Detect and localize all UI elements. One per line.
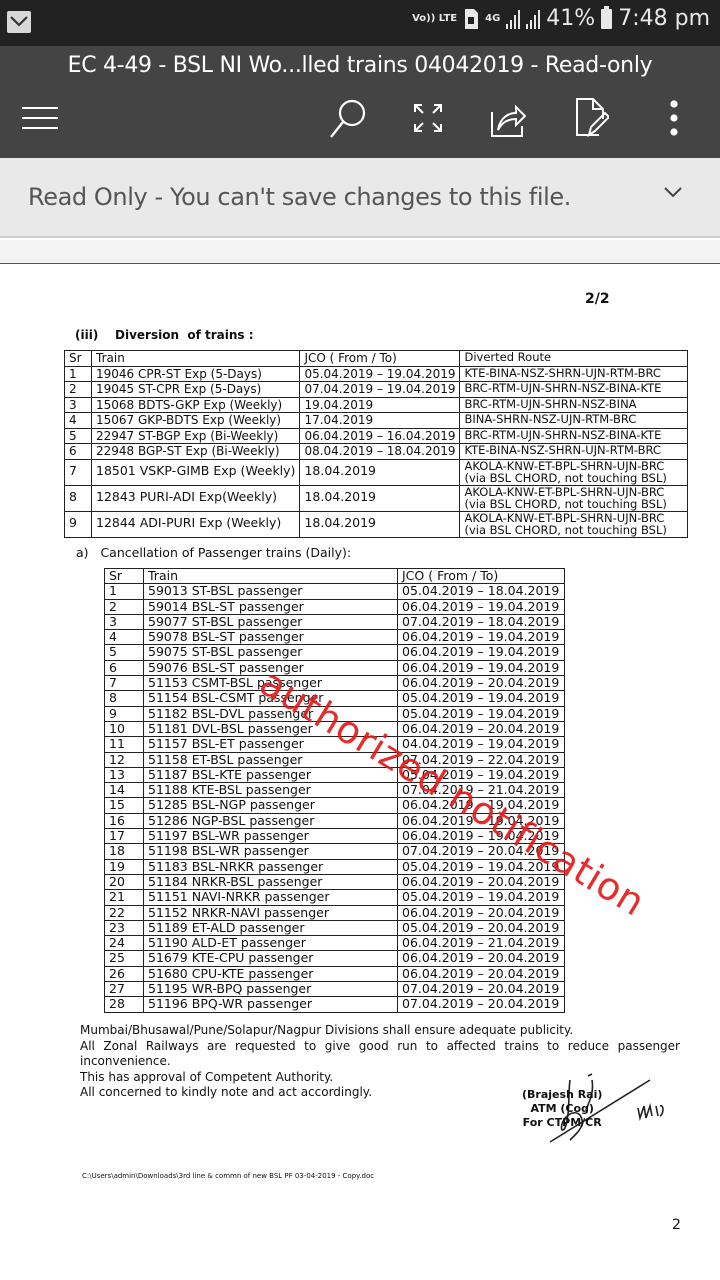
battery-percent: 41% bbox=[546, 6, 595, 31]
header-route: Diverted Route bbox=[460, 351, 688, 367]
cell-train: 51182 BSL-DVL passenger bbox=[144, 706, 398, 721]
cell-train: 51190 ALD-ET passenger bbox=[144, 936, 398, 951]
page-indicator: 2/2 bbox=[585, 291, 610, 307]
cell-jco: 06.04.2019 – 19.04.2019 bbox=[398, 599, 565, 614]
cell-route: BINA-SHRN-NSZ-UJN-RTM-BRC bbox=[460, 413, 688, 429]
diversion-row: 912844 ADI-PURI Exp (Weekly)18.04.2019AK… bbox=[65, 511, 688, 537]
cell-route: KTE-BINA-NSZ-SHRN-UJN-RTM-BRC bbox=[460, 444, 688, 460]
volte-icon: Vo)) LTE bbox=[412, 14, 457, 24]
cancellation-row: 1351187 BSL-KTE passenger05.04.2019 – 19… bbox=[105, 767, 565, 782]
cell-jco: 05.04.2019 – 20.04.2019 bbox=[398, 920, 565, 935]
menu-icon[interactable] bbox=[18, 96, 62, 140]
header-sr: Sr bbox=[65, 351, 92, 367]
cancellation-row: 851154 BSL-CSMT passenger05.04.2019 – 19… bbox=[105, 691, 565, 706]
readonly-banner[interactable]: Read Only - You can't save changes to th… bbox=[0, 158, 720, 238]
cell-train: 18501 VSKP-GIMB Exp (Weekly) bbox=[92, 459, 300, 485]
cell-jco: 06.04.2019 – 20.04.2019 bbox=[398, 721, 565, 736]
cancellation-header-row: Sr Train JCO ( From / To) bbox=[105, 569, 565, 584]
diversion-header-row: Sr Train JCO ( From / To) Diverted Route bbox=[65, 351, 688, 367]
cancellation-row: 259014 BSL-ST passenger06.04.2019 – 19.0… bbox=[105, 599, 565, 614]
diversion-table: Sr Train JCO ( From / To) Diverted Route… bbox=[64, 350, 688, 538]
header-jco: JCO ( From / To) bbox=[398, 569, 565, 584]
cell-jco: 19.04.2019 bbox=[300, 397, 460, 413]
route-note: (via BSL CHORD, not touching BSL) bbox=[464, 498, 683, 511]
cancellation-row: 2451190 ALD-ET passenger06.04.2019 – 21.… bbox=[105, 936, 565, 951]
footer-line-2: All Zonal Railways are requested to give… bbox=[80, 1039, 680, 1055]
cell-jco: 06.04.2019 – 16.04.2019 bbox=[300, 428, 460, 444]
cancellation-row: 159013 ST-BSL passenger05.04.2019 – 18.0… bbox=[105, 584, 565, 599]
cell-train: 51187 BSL-KTE passenger bbox=[144, 767, 398, 782]
cancellation-row: 1851198 BSL-WR passenger07.04.2019 – 20.… bbox=[105, 844, 565, 859]
route-line: BRC-RTM-UJN-SHRN-NSZ-BINA bbox=[464, 398, 683, 411]
cell-train: 59075 ST-BSL passenger bbox=[144, 645, 398, 660]
cancellation-row: 2051184 NRKR-BSL passenger06.04.2019 – 2… bbox=[105, 874, 565, 889]
app-bar: EC 4-49 - BSL NI Wo...lled trains 040420… bbox=[0, 46, 720, 158]
signal-icon bbox=[506, 9, 520, 29]
cell-jco: 05.04.2019 – 18.04.2019 bbox=[398, 584, 565, 599]
sim-icon bbox=[463, 8, 479, 30]
cell-train: 51153 CSMT-BSL passenger bbox=[144, 676, 398, 691]
cell-jco: 07.04.2019 – 20.04.2019 bbox=[398, 844, 565, 859]
signal-icon-2 bbox=[526, 9, 540, 29]
cell-sr: 23 bbox=[105, 920, 144, 935]
cancellation-table: Sr Train JCO ( From / To) 159013 ST-BSL … bbox=[104, 568, 565, 1013]
cell-jco: 06.04.2019 – 20.04.2019 bbox=[398, 951, 565, 966]
header-train: Train bbox=[144, 569, 398, 584]
cell-sr: 10 bbox=[105, 721, 144, 736]
cancellation-row: 2251152 NRKR-NAVI passenger06.04.2019 – … bbox=[105, 905, 565, 920]
cell-sr: 26 bbox=[105, 966, 144, 981]
cell-train: 15068 BDTS-GKP Exp (Weekly) bbox=[92, 397, 300, 413]
cell-jco: 05.04.2019 – 19.04.2019 bbox=[398, 890, 565, 905]
more-icon[interactable] bbox=[652, 96, 696, 140]
cell-sr: 3 bbox=[65, 397, 92, 413]
cell-train: 51183 BSL-NRKR passenger bbox=[144, 859, 398, 874]
cell-sr: 7 bbox=[105, 676, 144, 691]
cell-train: 59076 BSL-ST passenger bbox=[144, 660, 398, 675]
cell-jco: 06.04.2019 – 19.04.2019 bbox=[398, 630, 565, 645]
cancellation-row: 359077 ST-BSL passenger07.04.2019 – 18.0… bbox=[105, 614, 565, 629]
cell-train: 22948 BGP-ST Exp (Bi-Weekly) bbox=[92, 444, 300, 460]
cell-jco: 05.04.2019 – 19.04.2019 bbox=[398, 767, 565, 782]
cell-sr: 8 bbox=[105, 691, 144, 706]
cell-jco: 06.04.2019 – 19.04.2019 bbox=[398, 798, 565, 813]
network-type: 4G bbox=[485, 14, 500, 24]
cancellation-row: 1051181 DVL-BSL passenger06.04.2019 – 20… bbox=[105, 721, 565, 736]
chevron-down-icon[interactable] bbox=[664, 186, 682, 198]
network-label: Vo)) LTE bbox=[412, 13, 457, 24]
cell-sr: 21 bbox=[105, 890, 144, 905]
cell-sr: 18 bbox=[105, 844, 144, 859]
diversion-row: 219045 ST-CPR Exp (5-Days)07.04.2019 – 1… bbox=[65, 382, 688, 398]
cell-sr: 1 bbox=[65, 366, 92, 382]
signature-block: (Brajesh Rai) ATM (Cog) For CTPM/CR bbox=[522, 1088, 602, 1130]
cell-sr: 4 bbox=[105, 630, 144, 645]
cell-jco: 07.04.2019 – 18.04.2019 bbox=[398, 614, 565, 629]
cell-train: 51181 DVL-BSL passenger bbox=[144, 721, 398, 736]
cell-jco: 06.04.2019 – 20.04.2019 bbox=[398, 874, 565, 889]
route-line: BINA-SHRN-NSZ-UJN-RTM-BRC bbox=[464, 413, 683, 426]
cancellation-row: 1651286 NGP-BSL passenger06.04.2019 – 19… bbox=[105, 813, 565, 828]
cell-train: 12843 PURI-ADI Exp(Weekly) bbox=[92, 485, 300, 511]
cell-sr: 13 bbox=[105, 767, 144, 782]
cell-train: 51198 BSL-WR passenger bbox=[144, 844, 398, 859]
cancellation-row: 1951183 BSL-NRKR passenger05.04.2019 – 1… bbox=[105, 859, 565, 874]
diversion-row: 812843 PURI-ADI Exp(Weekly)18.04.2019AKO… bbox=[65, 485, 688, 511]
cell-jco: 05.04.2019 – 19.04.2019 bbox=[300, 366, 460, 382]
cancellation-row: 659076 BSL-ST passenger06.04.2019 – 19.0… bbox=[105, 660, 565, 675]
signatory-name: (Brajesh Rai) bbox=[522, 1088, 602, 1102]
diversion-row: 415067 GKP-BDTS Exp (Weekly)17.04.2019BI… bbox=[65, 413, 688, 429]
cell-sr: 5 bbox=[65, 428, 92, 444]
cell-train: 51196 BPQ-WR passenger bbox=[144, 997, 398, 1012]
cell-jco: 06.04.2019 – 20.04.2019 bbox=[398, 905, 565, 920]
cell-sr: 8 bbox=[65, 485, 92, 511]
fullscreen-icon[interactable] bbox=[406, 96, 450, 140]
cell-sr: 17 bbox=[105, 829, 144, 844]
cell-route: BRC-RTM-UJN-SHRN-NSZ-BINA-KTE bbox=[460, 428, 688, 444]
signatory-designation: ATM (Cog) bbox=[522, 1102, 602, 1116]
route-note: (via BSL CHORD, not touching BSL) bbox=[464, 524, 683, 537]
cell-sr: 3 bbox=[105, 614, 144, 629]
cell-jco: 07.04.2019 – 20.04.2019 bbox=[398, 982, 565, 997]
cancellation-row: 751153 CSMT-BSL passenger06.04.2019 – 20… bbox=[105, 676, 565, 691]
cell-train: 59078 BSL-ST passenger bbox=[144, 630, 398, 645]
cancellation-row: 2351189 ET-ALD passenger05.04.2019 – 20.… bbox=[105, 920, 565, 935]
cell-jco: 17.04.2019 bbox=[300, 413, 460, 429]
document-page: 2/2 (iii) Diversion of trains : Sr Train… bbox=[0, 265, 720, 1280]
cancellation-row: 1451188 KTE-BSL passenger07.04.2019 – 21… bbox=[105, 783, 565, 798]
cell-jco: 18.04.2019 bbox=[300, 459, 460, 485]
cell-train: 22947 ST-BGP Exp (Bi-Weekly) bbox=[92, 428, 300, 444]
cell-route: BRC-RTM-UJN-SHRN-NSZ-BINA bbox=[460, 397, 688, 413]
cell-jco: 07.04.2019 – 20.04.2019 bbox=[398, 997, 565, 1012]
cell-train: 51189 ET-ALD passenger bbox=[144, 920, 398, 935]
cell-jco: 08.04.2019 – 18.04.2019 bbox=[300, 444, 460, 460]
cell-train: 51157 BSL-ET passenger bbox=[144, 737, 398, 752]
cell-jco: 18.04.2019 bbox=[300, 511, 460, 537]
cell-sr: 12 bbox=[105, 752, 144, 767]
clock: 7:48 pm bbox=[618, 6, 710, 31]
cell-train: 51188 KTE-BSL passenger bbox=[144, 783, 398, 798]
cancellation-row: 559075 ST-BSL passenger06.04.2019 – 19.0… bbox=[105, 645, 565, 660]
cancellation-title: a) Cancellation of Passenger trains (Dai… bbox=[76, 545, 351, 560]
diversion-row: 718501 VSKP-GIMB Exp (Weekly)18.04.2019A… bbox=[65, 459, 688, 485]
cell-jco: 07.04.2019 – 22.04.2019 bbox=[398, 752, 565, 767]
cell-sr: 1 bbox=[105, 584, 144, 599]
cell-jco: 06.04.2019 – 20.04.2019 bbox=[398, 676, 565, 691]
status-bar: Vo)) LTE 4G 41% 7:48 pm bbox=[0, 0, 720, 46]
cell-sr: 9 bbox=[65, 511, 92, 537]
cell-train: 51151 NAVI-NRKR passenger bbox=[144, 890, 398, 905]
cancellation-row: 2851196 BPQ-WR passenger07.04.2019 – 20.… bbox=[105, 997, 565, 1012]
cell-sr: 19 bbox=[105, 859, 144, 874]
cell-sr: 2 bbox=[105, 599, 144, 614]
signatory-for: For CTPM/CR bbox=[522, 1116, 602, 1130]
header-jco: JCO ( From / To) bbox=[300, 351, 460, 367]
cell-sr: 7 bbox=[65, 459, 92, 485]
cancellation-row: 951182 BSL-DVL passenger05.04.2019 – 19.… bbox=[105, 706, 565, 721]
cell-sr: 2 bbox=[65, 382, 92, 398]
cell-sr: 25 bbox=[105, 951, 144, 966]
cell-sr: 28 bbox=[105, 997, 144, 1012]
cell-jco: 05.04.2019 – 19.04.2019 bbox=[398, 706, 565, 721]
cell-sr: 6 bbox=[65, 444, 92, 460]
cancellation-row: 1151157 BSL-ET passenger04.04.2019 – 19.… bbox=[105, 737, 565, 752]
cell-sr: 4 bbox=[65, 413, 92, 429]
diversion-title: (iii) Diversion of trains : bbox=[75, 328, 254, 342]
cell-sr: 9 bbox=[105, 706, 144, 721]
cancellation-row: 2551679 KTE-CPU passenger06.04.2019 – 20… bbox=[105, 951, 565, 966]
cell-train: 51285 BSL-NGP passenger bbox=[144, 798, 398, 813]
cancellation-row: 459078 BSL-ST passenger06.04.2019 – 19.0… bbox=[105, 630, 565, 645]
cell-train: 15067 GKP-BDTS Exp (Weekly) bbox=[92, 413, 300, 429]
cell-route: BRC-RTM-UJN-SHRN-NSZ-BINA-KTE bbox=[460, 382, 688, 398]
cell-train: 59013 ST-BSL passenger bbox=[144, 584, 398, 599]
cell-route: KTE-BINA-NSZ-SHRN-UJN-RTM-BRC bbox=[460, 366, 688, 382]
cell-jco: 06.04.2019 – 21.04.2019 bbox=[398, 936, 565, 951]
cell-train: 59014 BSL-ST passenger bbox=[144, 599, 398, 614]
cancellation-row: 2151151 NAVI-NRKR passenger05.04.2019 – … bbox=[105, 890, 565, 905]
cell-train: 51195 WR-BPQ passenger bbox=[144, 982, 398, 997]
cell-jco: 06.04.2019 – 20.04.2019 bbox=[398, 966, 565, 981]
diversion-row: 119046 CPR-ST Exp (5-Days)05.04.2019 – 1… bbox=[65, 366, 688, 382]
route-line: BRC-RTM-UJN-SHRN-NSZ-BINA-KTE bbox=[464, 382, 683, 395]
file-path: C:\Users\admin\Downloads\3rd line & comm… bbox=[82, 1172, 374, 1180]
cell-sr: 5 bbox=[105, 645, 144, 660]
cell-jco: 05.04.2019 – 19.04.2019 bbox=[398, 859, 565, 874]
document-title: EC 4-49 - BSL NI Wo...lled trains 040420… bbox=[0, 50, 720, 82]
cell-route: AKOLA-KNW-ET-BPL-SHRN-UJN-BRC(via BSL CH… bbox=[460, 511, 688, 537]
diversion-row: 315068 BDTS-GKP Exp (Weekly)19.04.2019BR… bbox=[65, 397, 688, 413]
cell-jco: 06.04.2019 – 19.04.2019 bbox=[398, 660, 565, 675]
cell-train: 19046 CPR-ST Exp (5-Days) bbox=[92, 366, 300, 382]
diversion-row: 522947 ST-BGP Exp (Bi-Weekly)06.04.2019 … bbox=[65, 428, 688, 444]
cell-train: 19045 ST-CPR Exp (5-Days) bbox=[92, 382, 300, 398]
cell-train: 59077 ST-BSL passenger bbox=[144, 614, 398, 629]
cancellation-row: 2651680 CPU-KTE passenger06.04.2019 – 20… bbox=[105, 966, 565, 981]
cell-jco: 18.04.2019 bbox=[300, 485, 460, 511]
cell-jco: 05.04.2019 – 19.04.2019 bbox=[398, 691, 565, 706]
cell-train: 51152 NRKR-NAVI passenger bbox=[144, 905, 398, 920]
bottom-page-number: 2 bbox=[672, 1217, 681, 1233]
cell-sr: 11 bbox=[105, 737, 144, 752]
header-train: Train bbox=[92, 351, 300, 367]
cell-jco: 04.04.2019 – 19.04.2019 bbox=[398, 737, 565, 752]
footer-line-2b: inconvenience. bbox=[80, 1054, 680, 1070]
diversion-row: 622948 BGP-ST Exp (Bi-Weekly)08.04.2019 … bbox=[65, 444, 688, 460]
cell-train: 51154 BSL-CSMT passenger bbox=[144, 691, 398, 706]
cell-route: AKOLA-KNW-ET-BPL-SHRN-UJN-BRC(via BSL CH… bbox=[460, 485, 688, 511]
header-sr: Sr bbox=[105, 569, 144, 584]
footer-line-1: Mumbai/Bhusawal/Pune/Solapur/Nagpur Divi… bbox=[80, 1023, 680, 1039]
cell-train: 51158 ET-BSL passenger bbox=[144, 752, 398, 767]
route-line: BRC-RTM-UJN-SHRN-NSZ-BINA-KTE bbox=[464, 429, 683, 442]
cancellation-row: 1251158 ET-BSL passenger07.04.2019 – 22.… bbox=[105, 752, 565, 767]
cell-train: 51184 NRKR-BSL passenger bbox=[144, 874, 398, 889]
cell-jco: 07.04.2019 – 19.04.2019 bbox=[300, 382, 460, 398]
route-line: KTE-BINA-NSZ-SHRN-UJN-RTM-BRC bbox=[464, 367, 683, 380]
route-line: KTE-BINA-NSZ-SHRN-UJN-RTM-BRC bbox=[464, 444, 683, 457]
edit-icon[interactable] bbox=[570, 96, 614, 140]
cell-sr: 14 bbox=[105, 783, 144, 798]
cell-sr: 20 bbox=[105, 874, 144, 889]
cell-sr: 24 bbox=[105, 936, 144, 951]
cell-sr: 27 bbox=[105, 982, 144, 997]
notification-icon bbox=[7, 11, 31, 33]
cell-sr: 6 bbox=[105, 660, 144, 675]
cell-jco: 06.04.2019 – 19.04.2019 bbox=[398, 645, 565, 660]
readonly-message: Read Only - You can't save changes to th… bbox=[28, 183, 571, 211]
cell-jco: 06.04.2019 – 19.04.2019 bbox=[398, 829, 565, 844]
cell-train: 51197 BSL-WR passenger bbox=[144, 829, 398, 844]
cell-train: 12844 ADI-PURI Exp (Weekly) bbox=[92, 511, 300, 537]
cancellation-row: 1751197 BSL-WR passenger06.04.2019 – 19.… bbox=[105, 829, 565, 844]
cancellation-row: 1551285 BSL-NGP passenger06.04.2019 – 19… bbox=[105, 798, 565, 813]
route-note: (via BSL CHORD, not touching BSL) bbox=[464, 472, 683, 485]
cell-sr: 22 bbox=[105, 905, 144, 920]
cell-train: 51286 NGP-BSL passenger bbox=[144, 813, 398, 828]
cell-jco: 07.04.2019 – 21.04.2019 bbox=[398, 783, 565, 798]
cell-train: 51680 CPU-KTE passenger bbox=[144, 966, 398, 981]
cell-sr: 15 bbox=[105, 798, 144, 813]
cell-sr: 16 bbox=[105, 813, 144, 828]
share-icon[interactable] bbox=[486, 96, 530, 140]
cell-train: 51679 KTE-CPU passenger bbox=[144, 951, 398, 966]
cancellation-row: 2751195 WR-BPQ passenger07.04.2019 – 20.… bbox=[105, 982, 565, 997]
page-separator bbox=[0, 240, 720, 264]
cell-route: AKOLA-KNW-ET-BPL-SHRN-UJN-BRC(via BSL CH… bbox=[460, 459, 688, 485]
search-icon[interactable] bbox=[326, 96, 370, 140]
cell-jco: 06.04.2019 – 19.04.2019 bbox=[398, 813, 565, 828]
battery-icon bbox=[601, 9, 612, 29]
